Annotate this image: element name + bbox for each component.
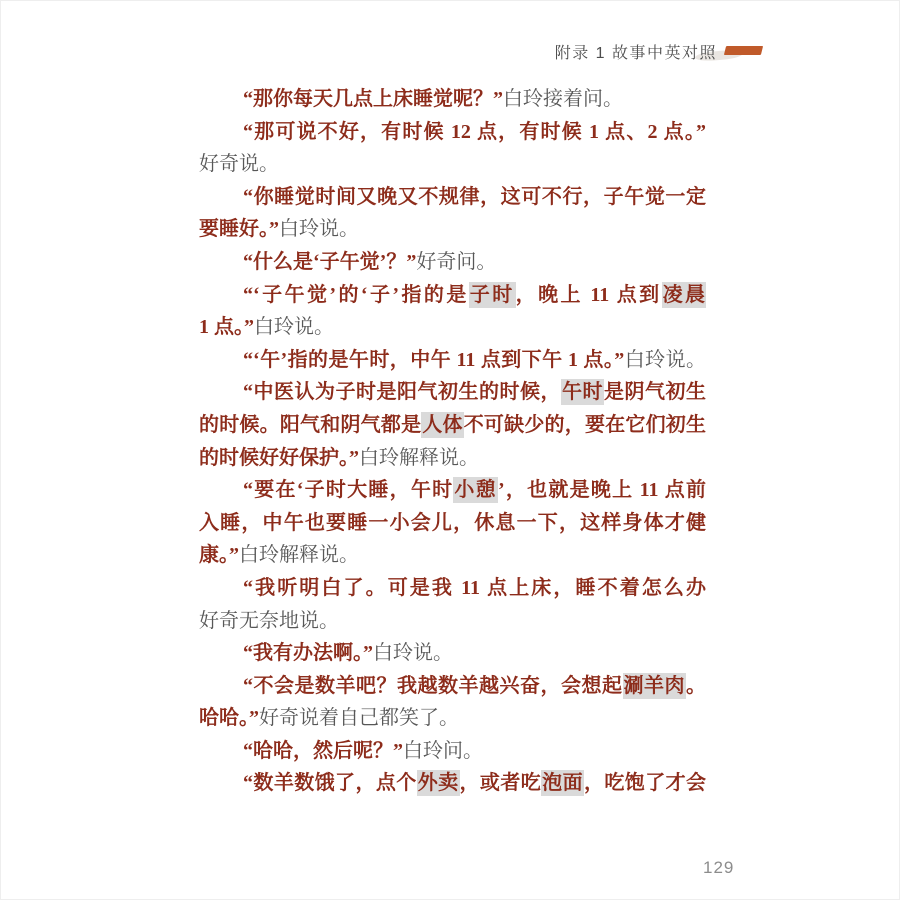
highlighted-word: 午时: [561, 379, 604, 405]
text-line: 的时候好好保护。”白玲解释说。: [199, 442, 706, 475]
narration-text: 好奇说着自己都笑了。: [259, 707, 459, 729]
narration-text: 白玲说。: [254, 316, 334, 338]
dialogue-text: “我听明白了。可是我 11 点上床，睡不着怎么办呢？”: [199, 577, 706, 605]
text-line: “要在‘子时大睡，午时小憩’，也就是晚上 11 点前: [199, 474, 706, 507]
narration-text: 好奇无奈地说。: [199, 610, 339, 632]
highlighted-word: 凌晨: [662, 282, 706, 308]
dialogue-text: “什么是‘子午觉’？”: [243, 251, 416, 273]
narration-text: 白玲说。: [624, 349, 706, 371]
dialogue-text: “哈哈，然后呢？”: [243, 740, 403, 762]
dialogue-text: “那你每天几点上床睡觉呢？”: [243, 88, 503, 110]
dialogue-text: “‘午’指的是午时，中午 11 点到下午 1 点。”: [243, 349, 624, 371]
book-page: 附录 1 故事中英对照 “那你每天几点上床睡觉呢？”白玲接着问。“那可说不好，有…: [0, 0, 900, 900]
dialogue-text: 的时候好好保护。”: [199, 447, 359, 469]
text-line: “那可说不好，有时候 12 点，有时候 1 点、2 点。”: [199, 116, 706, 149]
dialogue-text: “那可说不好，有时候 12 点，有时候 1 点、2 点。”: [243, 121, 706, 143]
text-line: “我听明白了。可是我 11 点上床，睡不着怎么办呢？”: [199, 572, 706, 605]
highlighted-word: 小憩: [453, 477, 498, 503]
dialogue-text: 康。”: [199, 544, 239, 566]
text-line: 1 点。”白玲说。: [199, 311, 706, 344]
narration-text: 好奇问。: [416, 251, 496, 273]
narration-text: 白玲接着问。: [503, 88, 623, 110]
dialogue-text: 是阴气初生: [604, 381, 706, 403]
text-line: 康。”白玲解释说。: [199, 539, 706, 572]
dialogue-text: “我有办法啊。”: [243, 642, 373, 664]
narration-text: 白玲问。: [403, 740, 483, 762]
dialogue-text: “数羊数饿了，点个: [243, 772, 417, 794]
text-line: “哈哈，然后呢？”白玲问。: [199, 735, 706, 768]
narration-text: 白玲解释说。: [359, 447, 479, 469]
text-line: “什么是‘子午觉’？”好奇问。: [199, 246, 706, 279]
dialogue-text: “要在‘子时大睡，午时: [243, 479, 453, 501]
header-title: 附录 1 故事中英对照: [555, 40, 717, 63]
dialogue-text: ，吃饱了才会: [584, 772, 706, 794]
text-line: “数羊数饿了，点个外卖，或者吃泡面，吃饱了才会: [199, 767, 706, 800]
highlighted-word: 外卖: [417, 770, 460, 796]
text-line: 要睡好。”白玲说。: [199, 213, 706, 246]
header-accent-bar: [724, 46, 763, 55]
dialogue-text: 不可缺少的，要在它们初生: [464, 414, 706, 436]
dialogue-text: 要睡好。”: [199, 218, 279, 240]
dialogue-text: 。: [686, 675, 706, 697]
dialogue-text: 入睡，中午也要睡一小会儿，休息一下，这样身体才健: [199, 512, 706, 534]
dialogue-text: “不会是数羊吧？我越数羊越兴奋，会想起: [243, 675, 623, 697]
text-line: 好奇无奈地说。: [199, 605, 706, 638]
dialogue-text: 1 点。”: [199, 316, 254, 338]
highlighted-word: 泡面: [541, 770, 584, 796]
narration-text: 白玲说。: [279, 218, 359, 240]
highlighted-word: 涮羊肉: [623, 673, 687, 699]
dialogue-text: “‘子午觉’的‘子’指的是: [243, 284, 469, 306]
text-line: 好奇说。: [199, 148, 706, 181]
text-line: “‘午’指的是午时，中午 11 点到下午 1 点。”白玲说。: [199, 344, 706, 377]
story-text: “那你每天几点上床睡觉呢？”白玲接着问。“那可说不好，有时候 12 点，有时候 …: [199, 83, 706, 800]
dialogue-text: ，或者吃: [460, 772, 542, 794]
narration-text: 好奇说。: [199, 153, 279, 175]
dialogue-text: 的时候。阳气和阴气都是: [199, 414, 421, 436]
text-line: “不会是数羊吧？我越数羊越兴奋，会想起涮羊肉。: [199, 670, 706, 703]
text-line: 入睡，中午也要睡一小会儿，休息一下，这样身体才健: [199, 507, 706, 540]
page-number: 129: [703, 858, 734, 878]
highlighted-word: 子时: [469, 282, 516, 308]
text-line: “中医认为子时是阳气初生的时候，午时是阴气初生: [199, 376, 706, 409]
narration-text: 白玲说。: [373, 642, 453, 664]
text-line: “‘子午觉’的‘子’指的是子时，晚上 11 点到凌晨: [199, 279, 706, 312]
text-line: “你睡觉时间又晚又不规律，这可不行，子午觉一定: [199, 181, 706, 214]
text-line: 的时候。阳气和阴气都是人体不可缺少的，要在它们初生: [199, 409, 706, 442]
dialogue-text: “中医认为子时是阳气初生的时候，: [243, 381, 561, 403]
text-line: “我有办法啊。”白玲说。: [199, 637, 706, 670]
dialogue-text: ’，也就是晚上 11 点前: [498, 479, 706, 501]
dialogue-text: “你睡觉时间又晚又不规律，这可不行，子午觉一定: [243, 186, 706, 208]
dialogue-text: 哈哈。”: [199, 707, 259, 729]
text-line: “那你每天几点上床睡觉呢？”白玲接着问。: [199, 83, 706, 116]
text-line: 哈哈。”好奇说着自己都笑了。: [199, 702, 706, 735]
highlighted-word: 人体: [421, 412, 463, 438]
dialogue-text: ，晚上 11 点到: [516, 284, 662, 306]
narration-text: 白玲解释说。: [239, 544, 359, 566]
